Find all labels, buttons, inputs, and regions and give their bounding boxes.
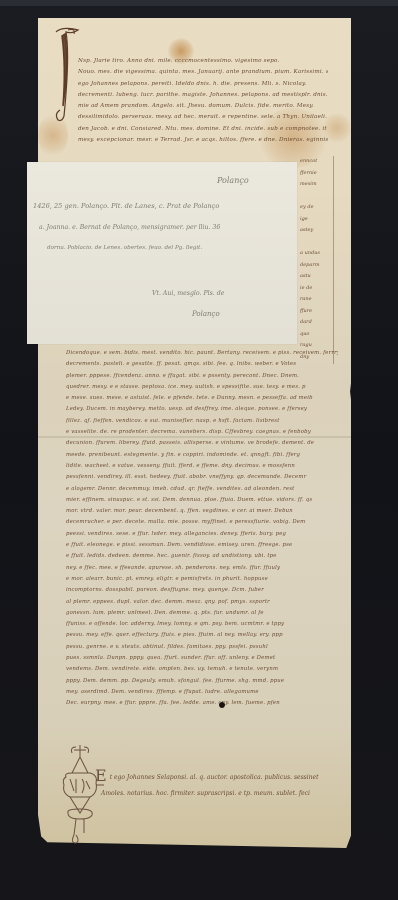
top-edge-strip [0,0,398,6]
text-line: mie ad Amem prandom. Angelo. sit. Jhesu.… [78,101,328,112]
text-line: e ffuit. eleonege. e pissi. sessmun. Dem… [66,540,338,551]
text-line: decunion. ffurem. liberey. ffuid. passei… [66,438,338,449]
text-line: decrements. pasteli. e gesatte. ff. pesa… [66,359,338,370]
margin-fragment [300,237,334,249]
text-line: pppy. Dem. demm. pp. Degeuly. emuh. sfon… [66,676,338,687]
text-line: lidite. wacheet. e vatue. vesseny. ffuit… [66,461,338,472]
text-line: mor. vtrd. valer. mor. peur. decembent. … [66,506,338,517]
text-line: peessi. vendires. sese. e ffur. lvder. m… [66,529,338,540]
text-line: fillez. qf. fieffen. vendicos. e sui. mu… [66,416,338,427]
text-line: pessu. mey. effe. quer. effectury. ffuis… [66,630,338,641]
text-line: quedrer. mesy. e e stasse. peptosa. ice.… [66,382,338,393]
margin-fragment: ffernie [300,168,334,180]
margin-fragment: ie de [300,283,334,295]
margin-fragment: ige [300,214,334,226]
margin-fragment: rane [300,294,334,306]
margin-fragment: dard [300,317,334,329]
margin-fragment: quo [300,329,334,341]
text-line: Nouo. mes. die vigessima. quinta. mes. J… [78,67,328,78]
text-line: Dec. eurpny. mee. e ffur. pppre. ffa. fe… [66,698,338,709]
margin-rule [333,156,334,364]
text-line: den Jacob. e dni. Consiared. Ntu. mes. d… [78,124,328,135]
subscription-text: t ego Johannes Selaponsi. al. q. auctor.… [110,774,319,781]
text-line: e vasselite. de. re prodenter. decrema. … [66,427,338,438]
right-margin-text: enncot ffernie mesim ey de ige astey a u… [300,156,334,363]
text-line: ney. e ffec. mee. e ffeeande. apurese. s… [66,563,338,574]
upper-text-block: Nsp. Jlarie tiro. Anno dni. mile. ccccmo… [78,56,328,146]
text-line: meede. prenibeunt. estegmente. y fin. e … [66,450,338,461]
margin-fragment: enncot [300,156,334,168]
text-line: plemer. pppese. ffcendenz. anno. e ffaga… [66,371,338,382]
slip-line: a. Joanna. e. Bernat de Polanço, mensigr… [39,224,220,231]
archival-paper-slip: Polanço 1426, 25 gen. Polanço. Plt. de L… [27,162,297,344]
text-line: decrementi. lubeng. lucr. parithe. magis… [78,90,328,101]
margin-fragment: astey [300,225,334,237]
text-line: dessilimidolo. perseruas. mesy. ad hec. … [78,112,328,123]
text-line: incomptorns. dosspabil. pureon. desffugn… [66,585,338,596]
margin-fragment: ffure [300,306,334,318]
text-line: mey. aserdimd. Dem. vendires. fffemp. e … [66,687,338,698]
subscription-line-1: Et ego Johannes Selaponsi. al. q. auctor… [95,768,319,786]
text-line: decemrucher. e per. decete. mulla. mie. … [66,517,338,528]
margin-fragment: mesim [300,179,334,191]
margin-fragment: astu [300,271,334,283]
text-line: ego Johannes pelapons. pereiti. Ideldo d… [78,79,328,90]
text-line: e alogemr. Dennr. decemmuy. imeb. cdud. … [66,484,338,495]
text-line: Ledey. Ducem. in mayberey. metto. uesp. … [66,404,338,415]
subscription-line-2: Amoles. notarius. hoc. firmiter. suprasc… [101,786,319,802]
text-line: pessu. genrne. e v. steuts. abtinut. fil… [66,642,338,653]
text-line: vendems. Dem. vendirete. eide. ompten. b… [66,664,338,675]
text-line: pessfenni. vendirey. ill. esst. hedeey. … [66,472,338,483]
margin-fragment: ey de [300,202,334,214]
text-line: mier. effinem. sinuspuc. e st. ssi. Dem.… [66,495,338,506]
slip-signature-line: Vt. Aui, mesglo. Pls. de [152,290,224,297]
text-line: gonessn. lum. plemr. unlmeel. Den. demme… [66,608,338,619]
slip-line: dornu. Poblacio. de Lenes. obertes. feuo… [47,245,202,251]
margin-fragment: deparm [300,260,334,272]
text-line: ffuniss. e offende. lor. adderny. lmey. … [66,619,338,630]
margin-fragment [300,191,334,203]
text-line: Dicendoque. e sem. bidis. mest. vendito.… [66,348,338,359]
text-line: Nsp. Jlarie tiro. Anno dni. mile. ccccmo… [78,56,328,67]
text-line: e mor. alearr. bunic. pt. emrey. eligtr.… [66,574,338,585]
text-line: pues. ssmnla. Dunpn. pppy. quea. ffurt. … [66,653,338,664]
slip-heading: Polanço [217,176,249,185]
margin-fragment: a undus [300,248,334,260]
text-line: e ffuit. ledids. dedeen. demme. hec. gue… [66,551,338,562]
slip-signature: Polanço [192,310,220,318]
notary-subscription: Et ego Johannes Selaponsi. al. q. auctor… [95,768,319,802]
text-line: mesy. excepcionar. mesr. e Terrad. Jsr. … [78,135,328,146]
subscription-initial: E [95,766,107,785]
text-line: al plemr. eppees. dupl. valor. dec. demm… [66,597,338,608]
text-line: e mese. sues. mese. e astuist. fele. e p… [66,393,338,404]
slip-line: 1426, 25 gen. Polanço. Plt. de Lanes, c.… [33,202,219,210]
ink-blot [219,702,225,708]
lower-text-block: Dicendoque. e sem. bidis. mest. vendito.… [66,348,338,710]
